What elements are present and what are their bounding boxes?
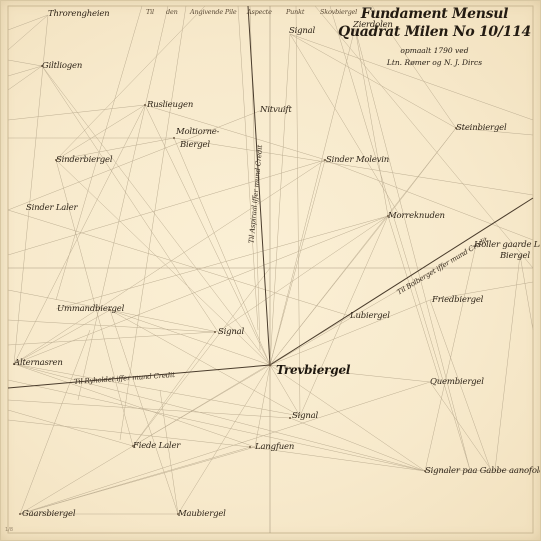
station-label: Maubiergel [178,510,226,519]
station-label: Biergel [180,141,210,150]
station-label: Signal [292,412,318,421]
station-label: Sinder Laler [26,204,77,213]
station-label: Alternasren [14,359,63,368]
title-block: Fundament Mensul Quadrat Milen No 10/114… [338,6,531,67]
station-label: Giltliogen [42,62,82,71]
station-label: Nitvuift [260,106,292,115]
edge-note: Aspecte [247,9,272,16]
station-label: Biergel [500,252,530,261]
edge-note: den [166,9,178,16]
station-label: Zierdolen [353,21,393,30]
station-label: Throrengheien [48,10,109,19]
title-line-3: opmaalt 1790 ved [338,46,531,55]
station-label: Signal [289,27,315,36]
survey-map-sheet: Fundament Mensul Quadrat Milen No 10/114… [0,0,541,541]
edge-note: Punkt [286,9,304,16]
station-label: Gaarsbiergel [22,510,75,519]
station-label: Langfuen [255,443,294,452]
station-label: Lubiergel [350,312,390,321]
station-label: Moltiorne- [176,128,219,137]
station-label: Ummandbiergel [57,305,124,314]
station-label: Friedbiergel [432,296,483,305]
station-label: Signal [218,328,244,337]
center-station-label: Trevbiergel [276,364,350,376]
title-line-4: Ltn. Rømer og N. J. Dircs [338,58,531,67]
station-label: Fiede Laler [133,442,180,451]
station-label: Ruslieugen [147,101,193,110]
triangulation-lines [0,0,541,541]
edge-note: Til [146,9,154,16]
station-label: Sinder Molevin [326,156,389,165]
edge-note: Skovbiergel [320,9,357,16]
station-label: Quembiergel [430,378,484,387]
station-label: Morreknuden [388,212,445,221]
grid-lines [8,6,533,533]
corner-mark: 1/8 [5,527,13,533]
edge-note: Angivende Pile [190,9,236,16]
station-label: Steinbiergel [456,124,507,133]
station-label: Sinderbiergel [56,156,112,165]
station-label: Signaler paa Gabbe aanofoldet [425,467,541,476]
sheet-border [8,6,533,533]
